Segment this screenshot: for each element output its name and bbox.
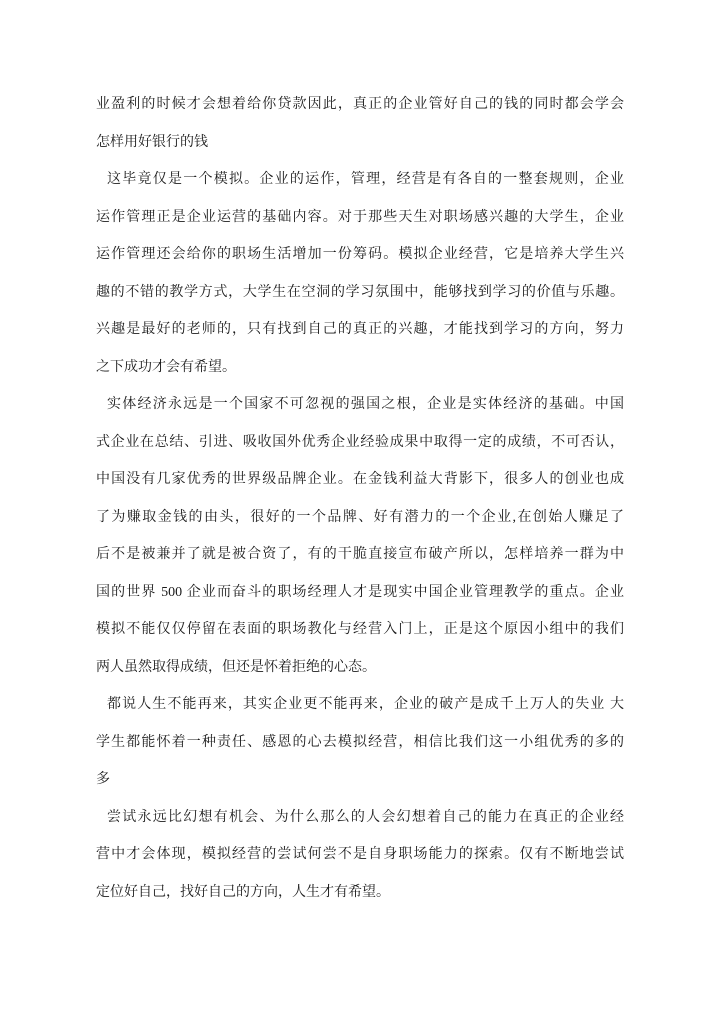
text-line: 尝试永远比幻想有机会、为什么那么的人会幻想着自己的能力在真正的企业经	[96, 799, 624, 837]
text-line: 都说人生不能再来，其实企业更不能再来，企业的破产是成千上万人的失业 大	[96, 686, 624, 724]
document-page: 业盈利的时候才会想着给你贷款因此，真正的企业管好自己的钱的同时都会学会怎样用好银…	[0, 0, 721, 1020]
text-line: 多	[96, 761, 624, 799]
text-line: 兴趣是最好的老师的，只有找到自己的真正的兴趣，才能找到学习的方向，努力	[96, 311, 624, 349]
text-line: 式企业在总结、引进、吸收国外优秀企业经验成果中取得一定的成绩，不可否认，	[96, 424, 624, 462]
text-line: 实体经济永远是一个国家不可忽视的强国之根，企业是实体经济的基础。中国	[96, 386, 624, 424]
text-line: 业盈利的时候才会想着给你贷款因此，真正的企业管好自己的钱的同时都会学会	[96, 86, 624, 124]
text-line: 模拟不能仅仅停留在表面的职场教化与经营入门上，正是这个原因小组中的我们	[96, 611, 624, 649]
text-line: 中国没有几家优秀的世界级品牌企业。在金钱利益大背影下，很多人的创业也成	[96, 461, 624, 499]
text-line: 两人虽然取得成绩，但还是怀着拒绝的心态。	[96, 649, 624, 687]
text-line: 营中才会体现，模拟经营的尝试何尝不是自身职场能力的探索。仅有不断地尝试	[96, 836, 624, 874]
text-line: 运作管理正是企业运营的基础内容。对于那些天生对职场感兴趣的大学生，企业	[96, 199, 624, 237]
text-line: 之下成功才会有希望。	[96, 349, 624, 387]
document-text-block: 业盈利的时候才会想着给你贷款因此，真正的企业管好自己的钱的同时都会学会怎样用好银…	[96, 86, 624, 911]
text-line: 后不是被兼并了就是被合资了，有的干脆直接宣布破产所以，怎样培养一群为中	[96, 536, 624, 574]
text-line: 运作管理还会给你的职场生活增加一份筹码。模拟企业经营，它是培养大学生兴	[96, 236, 624, 274]
text-line: 国的世界 500 企业而奋斗的职场经理人才是现实中国企业管理教学的重点。企业	[96, 574, 624, 612]
text-line: 了为赚取金钱的由头，很好的一个品牌、好有潜力的一个企业,在创始人赚足了	[96, 499, 624, 537]
text-line: 这毕竟仅是一个模拟。企业的运作，管理，经营是有各自的一整套规则，企业	[96, 161, 624, 199]
text-line: 怎样用好银行的钱	[96, 124, 624, 162]
text-line: 趣的不错的教学方式，大学生在空洞的学习氛围中，能够找到学习的价值与乐趣。	[96, 274, 624, 312]
text-line: 定位好自己，找好自己的方向，人生才有希望。	[96, 874, 624, 912]
text-line: 学生都能怀着一种责任、感恩的心去模拟经营，相信比我们这一小组优秀的多的	[96, 724, 624, 762]
